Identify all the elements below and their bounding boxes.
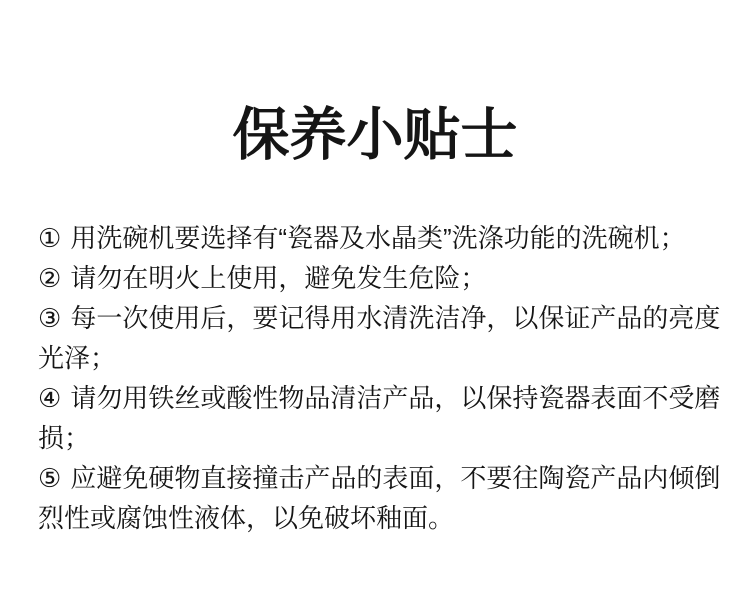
tip-number: ① (38, 223, 61, 253)
page-title: 保养小贴士 (0, 0, 750, 166)
tip-text: 每一次使用后，要记得用水清洗洁净，以保证产品的亮度光泽； (38, 303, 720, 373)
tip-item: ⑤应避免硬物直接撞击产品的表面，不要往陶瓷产品内倾倒烈性或腐蚀性液体，以免破坏釉… (38, 458, 730, 538)
tip-number: ④ (38, 383, 61, 413)
tip-text: 用洗碗机要选择有“瓷器及水晶类”洗涤功能的洗碗机； (70, 223, 685, 253)
tip-text: 应避免硬物直接撞击产品的表面，不要往陶瓷产品内倾倒烈性或腐蚀性液体，以免破坏釉面… (38, 463, 720, 533)
maintenance-tips-page: 保养小贴士 ①用洗碗机要选择有“瓷器及水晶类”洗涤功能的洗碗机； ②请勿在明火上… (0, 0, 750, 597)
tip-number: ⑤ (38, 463, 61, 493)
tips-list: ①用洗碗机要选择有“瓷器及水晶类”洗涤功能的洗碗机； ②请勿在明火上使用，避免发… (0, 218, 750, 538)
tip-item: ③每一次使用后，要记得用水清洗洁净，以保证产品的亮度光泽； (38, 298, 730, 378)
tip-text: 请勿用铁丝或酸性物品清洁产品，以保持瓷器表面不受磨损； (38, 383, 720, 453)
tip-item: ①用洗碗机要选择有“瓷器及水晶类”洗涤功能的洗碗机； (38, 218, 730, 258)
tip-item: ②请勿在明火上使用，避免发生危险； (38, 258, 730, 298)
tip-item: ④请勿用铁丝或酸性物品清洁产品，以保持瓷器表面不受磨损； (38, 378, 730, 458)
tip-number: ③ (38, 303, 61, 333)
tip-number: ② (38, 263, 61, 293)
tip-text: 请勿在明火上使用，避免发生危险； (70, 263, 486, 293)
